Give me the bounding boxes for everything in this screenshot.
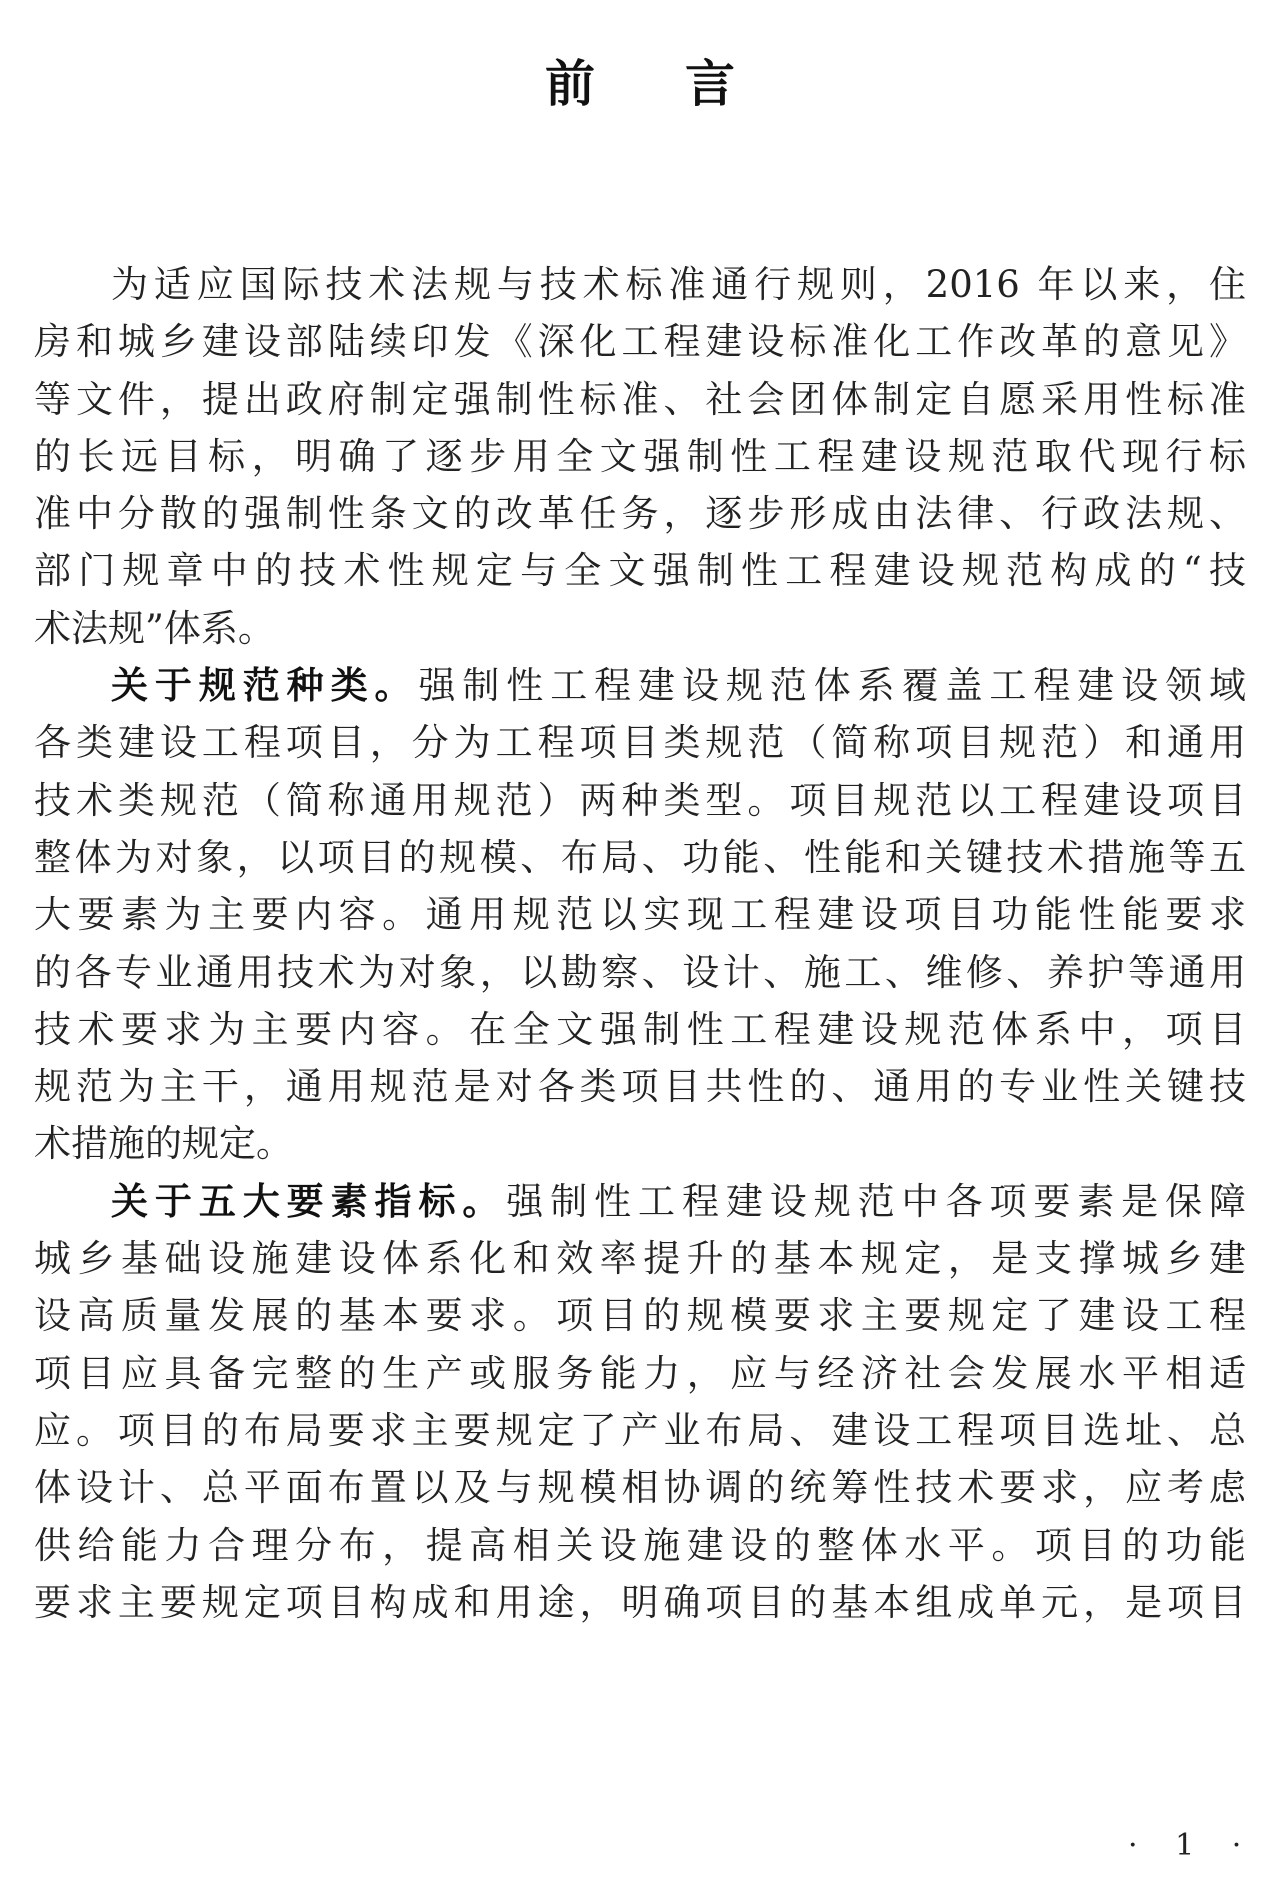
- text-line: 术措施的规定。: [34, 1115, 1246, 1172]
- paragraph-spec-types: 关于规范种类。强制性工程建设规范体系覆盖工程建设领域 各类建设工程项目，分为工程…: [34, 657, 1246, 1173]
- page-number: · 1 ·: [1128, 1828, 1255, 1863]
- text-run: 强制性工程建设规范中各项要素是保障: [506, 1180, 1246, 1223]
- document-body: 为适应国际技术法规与技术标准通行规则，2016 年以来，住 房和城乡建设部陆续印…: [34, 256, 1246, 1631]
- text-line: 各类建设工程项目，分为工程项目类规范（简称项目规范）和通用: [34, 714, 1246, 771]
- text-line: 的各专业通用技术为对象，以勘察、设计、施工、维修、养护等通用: [34, 944, 1246, 1001]
- text-line: 要求主要规定项目构成和用途，明确项目的基本组成单元，是项目: [34, 1574, 1246, 1631]
- text-line: 大要素为主要内容。通用规范以实现工程建设项目功能性能要求: [34, 886, 1246, 943]
- text-line: 准中分散的强制性条文的改革任务，逐步形成由法律、行政法规、: [34, 485, 1246, 542]
- text-line: 城乡基础设施建设体系化和效率提升的基本规定，是支撑城乡建: [34, 1230, 1246, 1287]
- text-line: 术法规”体系。: [34, 600, 1246, 657]
- text-line: 房和城乡建设部陆续印发《深化工程建设标准化工作改革的意见》: [34, 313, 1246, 370]
- paragraph-intro: 为适应国际技术法规与技术标准通行规则，2016 年以来，住 房和城乡建设部陆续印…: [34, 256, 1246, 657]
- text-line: 等文件，提出政府制定强制性标准、社会团体制定自愿采用性标准: [34, 371, 1246, 428]
- text-line: 技术要求为主要内容。在全文强制性工程建设规范体系中，项目: [34, 1001, 1246, 1058]
- text-line: 应。项目的布局要求主要规定了产业布局、建设工程项目选址、总: [34, 1402, 1246, 1459]
- text-line: 为适应国际技术法规与技术标准通行规则，2016 年以来，住: [34, 256, 1246, 313]
- text-line: 规范为主干，通用规范是对各类项目共性的、通用的专业性关键技: [34, 1058, 1246, 1115]
- paragraph-lead-heading: 关于规范种类。: [111, 664, 418, 707]
- text-line: 技术类规范（简称通用规范）两种类型。项目规范以工程建设项目: [34, 772, 1246, 829]
- text-line-with-lead: 关于规范种类。强制性工程建设规范体系覆盖工程建设领域: [34, 657, 1246, 714]
- page-title: 前言: [0, 44, 1280, 116]
- paragraph-five-elements: 关于五大要素指标。强制性工程建设规范中各项要素是保障 城乡基础设施建设体系化和效…: [34, 1173, 1246, 1631]
- text-line: 的长远目标，明确了逐步用全文强制性工程建设规范取代现行标: [34, 428, 1246, 485]
- text-line: 体设计、总平面布置以及与规模相协调的统筹性技术要求，应考虑: [34, 1459, 1246, 1516]
- title-char-1: 前: [545, 44, 595, 116]
- document-page: 前言 为适应国际技术法规与技术标准通行规则，2016 年以来，住 房和城乡建设部…: [0, 0, 1280, 1885]
- text-line: 项目应具备完整的生产或服务能力，应与经济社会发展水平相适: [34, 1345, 1246, 1402]
- text-line: 设高质量发展的基本要求。项目的规模要求主要规定了建设工程: [34, 1287, 1246, 1344]
- text-line: 整体为对象，以项目的规模、布局、功能、性能和关键技术措施等五: [34, 829, 1246, 886]
- text-run: 强制性工程建设规范体系覆盖工程建设领域: [418, 664, 1246, 707]
- title-char-2: 言: [685, 44, 735, 116]
- text-line: 供给能力合理分布，提高相关设施建设的整体水平。项目的功能: [34, 1517, 1246, 1574]
- text-line-with-lead: 关于五大要素指标。强制性工程建设规范中各项要素是保障: [34, 1173, 1246, 1230]
- paragraph-lead-heading: 关于五大要素指标。: [111, 1180, 506, 1223]
- text-line: 部门规章中的技术性规定与全文强制性工程建设规范构成的“技: [34, 542, 1246, 599]
